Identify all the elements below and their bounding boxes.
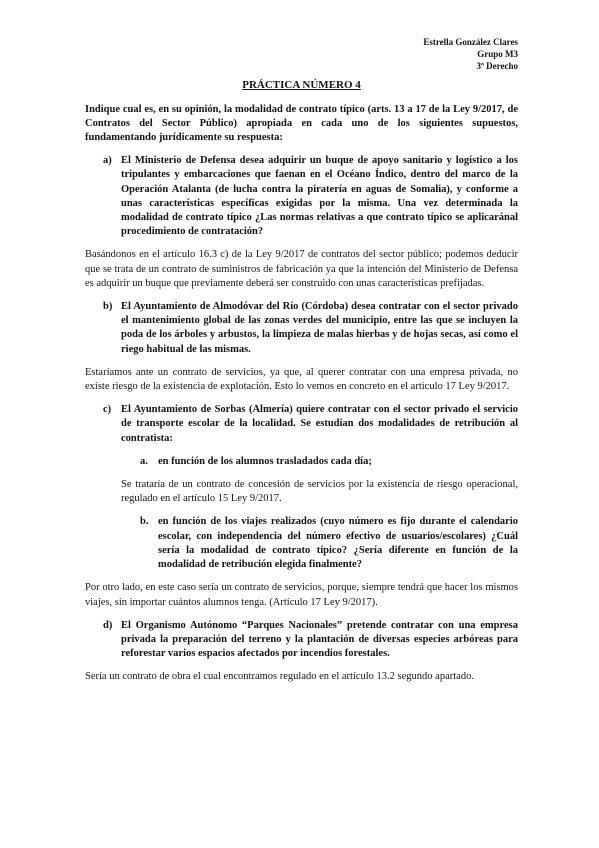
- header-author: Estrella González Clares: [85, 36, 518, 48]
- list-marker-a: a): [103, 154, 112, 168]
- answer-paragraph-b: Estaríamos ante un contrato de servicios…: [85, 366, 518, 394]
- answer-paragraph-c-a: Se trataría de un contrato de concesión …: [121, 478, 518, 506]
- question-text-b: El Ayuntamiento de Almodóvar del Río (Có…: [121, 301, 518, 355]
- question-text-d: El Organismo Autónomo “Parques Nacionale…: [121, 620, 518, 659]
- sublist-item-c-a: a. en función de los alumnos trasladados…: [85, 455, 518, 469]
- list-item-b: b) El Ayuntamiento de Almodóvar del Río …: [85, 300, 518, 357]
- list-marker-c: c): [103, 403, 111, 417]
- header-course: 3º Derecho: [85, 60, 518, 72]
- document-header: Estrella González Clares Grupo M3 3º Der…: [85, 36, 518, 73]
- page-title: PRÁCTICA NÚMERO 4: [85, 79, 518, 91]
- sublist-marker-c-a: a.: [140, 455, 148, 469]
- question-text-a: El Ministerio de Defensa desea adquirir …: [121, 155, 518, 237]
- header-group: Grupo M3: [85, 48, 518, 60]
- answer-paragraph-a: Basándonos en el artículo 16.3 c) de la …: [85, 248, 518, 291]
- subquestion-text-c-b: en función de los viajes realizados (cuy…: [158, 516, 518, 570]
- document-page: Estrella González Clares Grupo M3 3º Der…: [0, 0, 599, 848]
- list-item-c: c) El Ayuntamiento de Sorbas (Almería) q…: [85, 403, 518, 446]
- answer-paragraph-c: Por otro lado, en este caso sería un con…: [85, 581, 518, 609]
- list-marker-d: d): [103, 619, 112, 633]
- sublist-marker-c-b: b.: [140, 515, 148, 529]
- list-item-d: d) El Organismo Autónomo “Parques Nacion…: [85, 619, 518, 662]
- subquestion-text-c-a: en función de los alumnos trasladados ca…: [158, 456, 372, 467]
- answer-paragraph-d: Sería un contrato de obra el cual encont…: [85, 670, 518, 684]
- list-marker-b: b): [103, 300, 112, 314]
- sublist-item-c-b: b. en función de los viajes realizados (…: [85, 515, 518, 572]
- question-text-c: El Ayuntamiento de Sorbas (Almería) quie…: [121, 404, 518, 443]
- intro-paragraph: Indique cual es, en su opinión, la modal…: [85, 103, 518, 146]
- list-item-a: a) El Ministerio de Defensa desea adquir…: [85, 154, 518, 239]
